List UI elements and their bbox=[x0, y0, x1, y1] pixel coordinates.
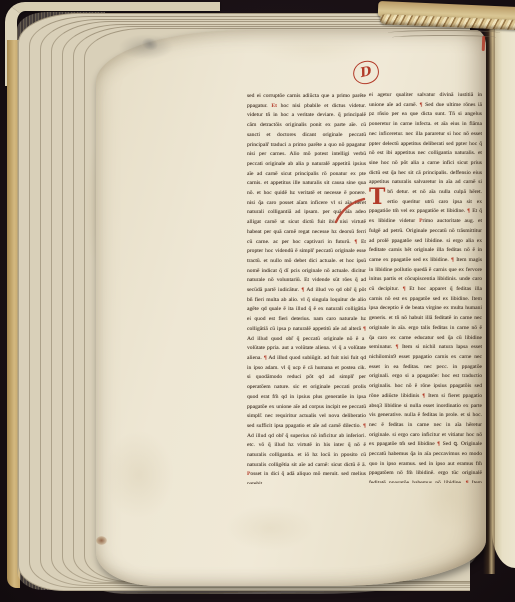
text-segment: Item si nichil natura lapsa esset nichil… bbox=[369, 344, 482, 399]
text-segment: Ad illud vo qd obr̄ q̄ pōt bn̄ fieri mul… bbox=[247, 287, 366, 332]
red-ink-dash bbox=[482, 36, 485, 51]
page-top-edge-line bbox=[392, 35, 496, 40]
text-segment: Ad illud qd obr̄ q̄ superius nō inficitu… bbox=[247, 433, 366, 468]
text-column-right: ei agetur qualiter salvatur divinā iusti… bbox=[369, 91, 482, 483]
text-segment: Sed ꝗ. Originale peccatū habemus q̄a in … bbox=[369, 441, 482, 483]
rubric-mark: ¶ bbox=[363, 326, 366, 332]
text-segment: Ad illud quod subiūgit. ad fuit nisi fui… bbox=[247, 355, 366, 429]
rubric-mark: ¶ bbox=[363, 423, 366, 429]
text-segment: Item si fieret ppagatio absq3 libidine s… bbox=[369, 393, 482, 448]
text-column-left: sed ei corruptōe carnis adiūcta que a pr… bbox=[247, 92, 366, 484]
initial-flourish-tail bbox=[334, 196, 366, 226]
text-segment: Et hoc apparet q̄ feditas illa carnis nō… bbox=[369, 286, 482, 350]
text-segment: osset in dici q̄ adā aliquo mō meruit. s… bbox=[247, 471, 366, 484]
opposite-page-edge bbox=[492, 24, 515, 568]
text-segment: Et propter hoc videndū ē simplr̄ peccatū… bbox=[247, 239, 366, 294]
book-photograph: D sed ei corruptōe carnis adiūcta que a … bbox=[0, 0, 515, 602]
rubricated-initial: T bbox=[369, 188, 387, 207]
text-segment: Sed due ultime rōnes iā pz rn̄sio per ea… bbox=[369, 102, 482, 195]
